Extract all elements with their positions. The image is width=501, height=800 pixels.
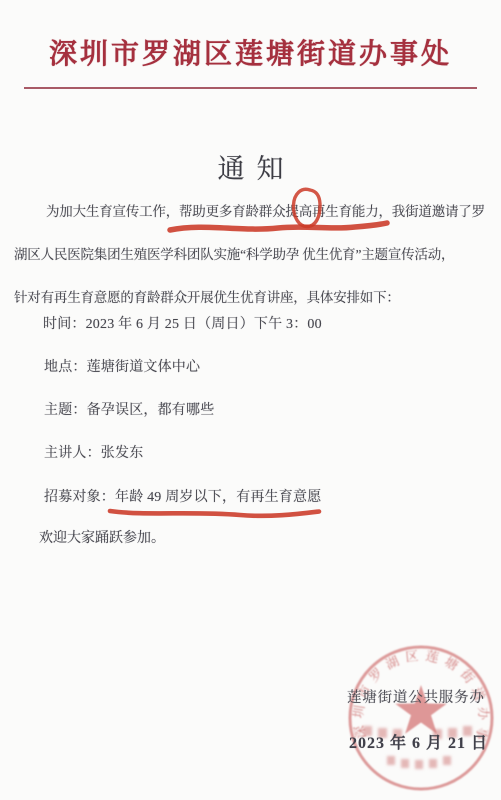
document-title: 通知 — [0, 147, 501, 186]
detail-time: 时间：2023 年 6 月 25 日（周日）下午 3：00 — [43, 318, 322, 332]
paragraph-line-2: 湖区人民医院集团生殖医学科团队实施“科学助孕 优生优育”主题宣传活动， — [14, 248, 454, 262]
document-date: 2023 年 6 月 21 日 — [349, 736, 488, 752]
red-underline-annotation-paragraph — [170, 223, 387, 230]
closing-line: 欢迎大家踊跃参加。 — [39, 532, 165, 546]
paragraph-line-1: 为加大生育宣传工作，帮助更多育龄群众提高再生育能力，我街道邀请了罗 — [46, 205, 485, 219]
issuing-office-signature: 莲塘街道公共服务办 — [347, 691, 485, 706]
paragraph-line-3: 针对有再生育意愿的育龄群众开展优生优育讲座，具体安排如下： — [14, 291, 400, 305]
header-divider-rule — [24, 87, 477, 89]
detail-speaker: 主讲人：张发东 — [44, 447, 143, 461]
red-underline-annotation-recruit — [110, 511, 319, 516]
official-seal: 深圳市罗湖区莲塘街道办事处 — [345, 638, 497, 798]
detail-place: 地点：莲塘街道文体中心 — [44, 361, 200, 375]
notice-document-page: 深圳市罗湖区莲塘街道办事处 通知 为加大生育宣传工作，帮助更多育龄群众提高再生育… — [0, 0, 501, 800]
detail-recruit-target: 招募对象：年龄 49 周岁以下，有再生育意愿 — [44, 491, 321, 505]
detail-topic: 主题：备孕误区，都有哪些 — [44, 404, 214, 418]
agency-header-title: 深圳市罗湖区莲塘街道办事处 — [0, 32, 501, 72]
